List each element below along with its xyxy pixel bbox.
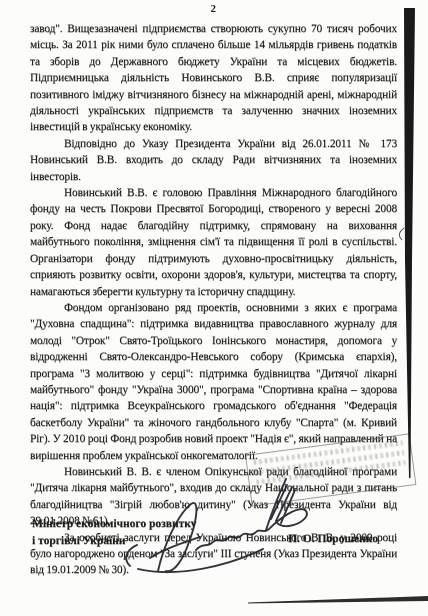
signer-name: П. О. Порошенко xyxy=(288,531,378,550)
bottom-scan-artifact xyxy=(248,596,428,604)
page-number: 2 xyxy=(30,3,397,15)
paragraph: Фондом організовано ряд проектів, основн… xyxy=(30,300,397,464)
signer-title-line1: Міністр економічного розвитку xyxy=(32,516,196,533)
paragraph: Новинський В.В. є головою Правління Міжн… xyxy=(30,185,397,300)
document-body: завод". Вищезазначені підприємства створ… xyxy=(30,21,397,579)
signer-title-line2: і торгівлі України xyxy=(32,533,196,550)
signer-title: Міністр економічного розвитку і торгівлі… xyxy=(32,516,196,550)
scanned-document-page: 2 завод". Вищезазначені підприємства ств… xyxy=(0,0,428,616)
paragraph: Відповідно до Указу Президента України в… xyxy=(30,136,397,185)
signature-block: Міністр економічного розвитку і торгівлі… xyxy=(32,516,378,550)
vertical-scan-artifact xyxy=(404,8,415,478)
paragraph: завод". Вищезазначені підприємства створ… xyxy=(30,21,397,136)
